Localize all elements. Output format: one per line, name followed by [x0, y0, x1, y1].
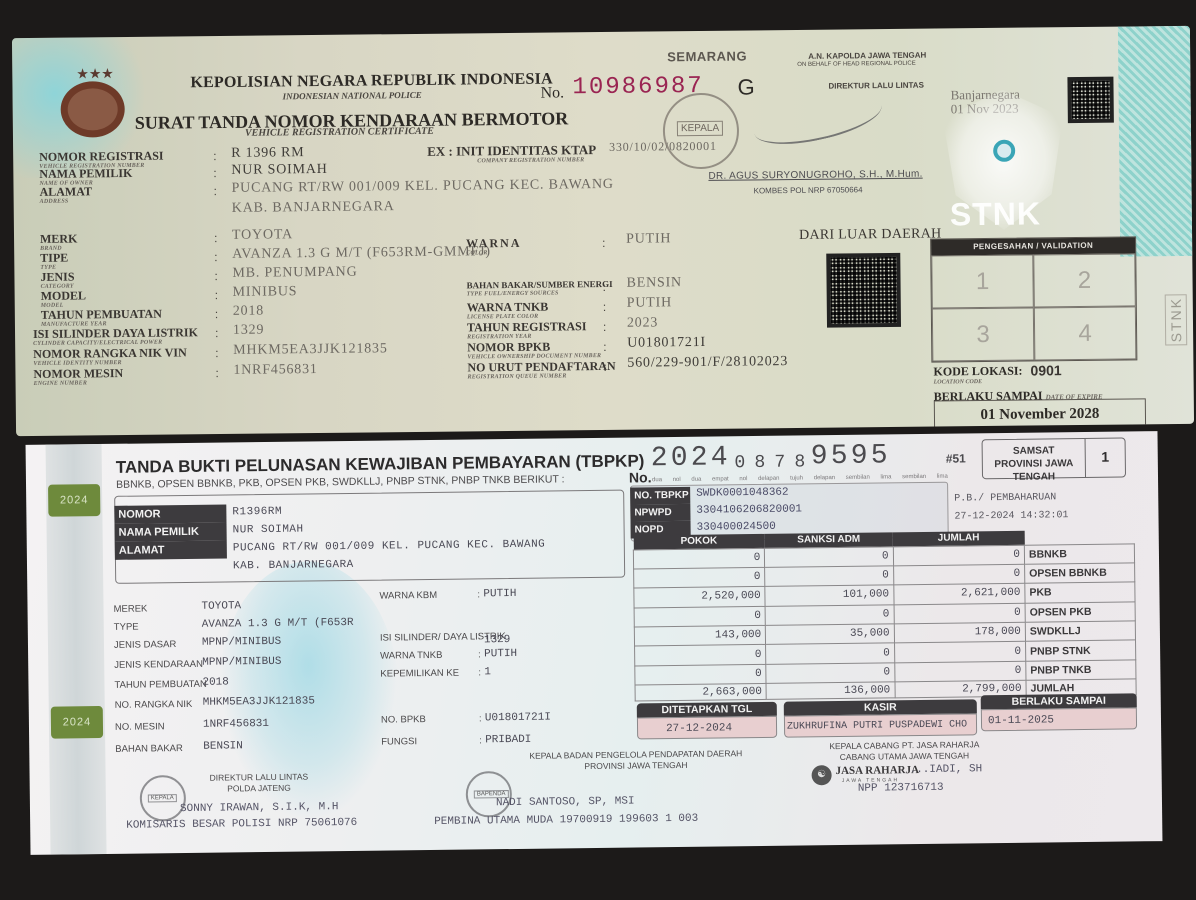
institution-title: KEPOLISIAN NEGARA REPUBLIK INDONESIA: [190, 71, 553, 93]
vehicle-value: U01801721I: [485, 712, 551, 725]
stnk-field-label: NOMOR MESINENGINE NUMBER: [33, 367, 123, 387]
stnk-card: ★ ★ ★ KEPOLISIAN NEGARA REPUBLIK INDONES…: [12, 26, 1194, 436]
vehicle-value: TOYOTA: [201, 600, 241, 612]
vehicle-label: FUNGSI: [381, 736, 417, 747]
fee-sanksi: 0: [765, 566, 894, 587]
identity-value: R1396RM: [232, 506, 282, 519]
field-separator: :: [213, 184, 216, 198]
fee-pokok: 0: [635, 664, 767, 685]
jasa-raharja-logo-icon: ☯: [812, 765, 832, 785]
fee-sanksi: 35,000: [766, 624, 895, 645]
ex-label: EX : INIT IDENTITAS KTAP COMPANY REGISTR…: [427, 143, 596, 165]
fee-pokok: 0: [633, 548, 765, 569]
stnk-field-value: AVANZA 1.3 G M/T (F653RM-GMMFJ): [232, 244, 491, 263]
position-label: DIREKTUR LALU LINTAS: [828, 81, 923, 91]
reference-value: 330400024500: [697, 521, 776, 534]
field-separator: :: [214, 231, 217, 245]
field-separator: :: [602, 236, 605, 250]
identity-value: KAB. BANJARNEGARA: [233, 559, 354, 572]
field-separator: :: [603, 360, 606, 374]
fee-name: OPSEN BBNKB: [1025, 563, 1135, 584]
transaction-type: P.B./ PEMBAHARUAN: [954, 492, 1056, 504]
vehicle-label: NO. RANGKA NIK: [115, 699, 193, 711]
stnk-field-label: NOMOR RANGKA NIK VINVEHICLE IDENTITY NUM…: [33, 346, 187, 367]
field-separator: :: [478, 631, 481, 642]
fee-header-sanksi: SANKSI ADM: [764, 532, 893, 548]
fee-sanksi: 101,000: [765, 585, 894, 606]
stnk-field-value: U01801721I: [627, 335, 706, 352]
vehicle-label: TYPE: [114, 622, 139, 633]
stnk-field-value: 1NRF456831: [233, 362, 317, 379]
document-title-en: VEHICLE REGISTRATION CERTIFICATE: [245, 126, 434, 139]
fee-pokok: 0: [635, 645, 767, 666]
serial-number: 10986987: [572, 73, 703, 101]
fee-sanksi: 136,000: [766, 682, 895, 700]
cashier-value: ZUKHRUFINA PUTRI PUSPADEWI CHO: [784, 713, 977, 737]
stnk-field-value: 560/229-901/F/28102023: [627, 354, 788, 372]
valid-until-value: 01-11-2025: [981, 707, 1137, 731]
identity-label: NOMOR REGISTRASI: [114, 504, 226, 523]
stnk-field-label: ISI SILINDER DAYA LISTRIKCYLINDER CAPACI…: [33, 326, 198, 347]
samsat-box: SAMSAT PROVINSI JAWA TENGAH 1: [982, 437, 1126, 479]
ex-value: 330/10/02/0820001: [609, 139, 717, 155]
fee-name: PNBP TNKB: [1026, 660, 1136, 681]
signer-name: DR. AGUS SURYONUGROHO, S.H., M.Hum.: [708, 169, 922, 182]
samsat-number: 1: [1085, 439, 1125, 477]
reference-value: SWDK0001048362: [696, 487, 789, 500]
official-stamp-icon: KEPALA: [663, 93, 740, 170]
bapenda-seal-icon: BAPENDA: [466, 771, 513, 818]
vehicle-label: NO. MESIN: [115, 721, 165, 733]
stnk-field-value: MINIBUS: [233, 284, 298, 301]
fee-pokok: 143,000: [634, 625, 766, 646]
tbpkp-receipt: 2024 2024 TANDA BUKTI PELUNASAN KEWAJIBA…: [26, 431, 1163, 855]
stnk-field-value: PUTIH: [626, 231, 671, 247]
field-separator: :: [603, 280, 606, 294]
stnk-field-value: 2018: [233, 304, 264, 320]
reference-label: NO. TBPKP: [630, 487, 690, 505]
vehicle-label: TAHUN PEMBUATAN: [114, 679, 207, 691]
stnk-field-value: PUCANG RT/RW 001/009 KEL. PUCANG KEC. BA…: [231, 177, 613, 197]
serial-suffix: G: [737, 74, 754, 100]
signature-name-police: SONNY IRAWAN, S.I.K, M.H: [180, 801, 339, 815]
field-separator: :: [214, 250, 217, 264]
hologram-dot-icon: [993, 140, 1015, 162]
field-separator: :: [213, 149, 216, 163]
fee-pokok: 0: [634, 606, 766, 627]
field-separator: :: [215, 346, 218, 360]
vehicle-value: 1329: [484, 634, 511, 646]
vehicle-value: AVANZA 1.3 G M/T (F653R: [202, 617, 354, 631]
stnk-field-value: PUTIH: [627, 295, 672, 311]
vehicle-value: PRIBADI: [485, 734, 531, 747]
assessment-date-box: DITETAPKAN TGL 27-12-2024: [637, 702, 777, 740]
receipt-number-label: No.: [629, 469, 652, 485]
validation-box: PENGESAHAN / VALIDATION 1 2 3 4: [930, 236, 1137, 362]
vehicle-label: WARNA KBM: [379, 590, 437, 602]
fee-table: POKOK SANKSI ADM JUMLAH 000BBNKB000OPSEN…: [633, 529, 1137, 701]
signature-name-bapenda: NADI SANTOSO, SP, MSI: [496, 796, 635, 810]
stnk-field-value: MHKM5EA3JJK121835: [233, 341, 388, 359]
qr-code-icon: [826, 253, 901, 328]
signature-id-bapenda: PEMBINA UTAMA MUDA 19700919 199603 1 003: [434, 813, 698, 828]
institution-title-en: INDONESIAN NATIONAL POLICE: [283, 90, 422, 101]
origin-note: DARI LUAR DAERAH: [799, 226, 942, 243]
stnk-field-label: NO URUT PENDAFTARANREGISTRATION QUEUE NU…: [467, 360, 615, 381]
fee-jumlah: 178,000: [894, 622, 1026, 643]
vehicle-label: NO. BPKB: [381, 714, 426, 726]
stnk-field-value: KAB. BANJARNEGARA: [232, 199, 395, 217]
stnk-field-label: WARNACOLOR: [466, 237, 522, 257]
signature-title-bapenda: KEPALA BADAN PENGELOLA PENDAPATAN DAERAH…: [529, 748, 742, 773]
vehicle-value: 2018: [202, 676, 229, 688]
reference-value: 3304106206820001: [696, 503, 802, 516]
identity-label: NAMA PEMILIK: [115, 522, 227, 541]
field-separator: :: [215, 366, 218, 380]
field-separator: :: [479, 735, 482, 746]
field-separator: :: [479, 713, 482, 724]
vehicle-value: PUTIH: [483, 588, 516, 600]
jasa-raharja-name: JASA RAHARJA: [836, 764, 920, 777]
vehicle-label: JENIS DASAR: [114, 639, 176, 651]
signature-title-police: DIREKTUR LALU LINTAS POLDA JATENG: [210, 772, 309, 795]
vehicle-label: JENIS KENDARAAN: [114, 659, 203, 671]
signature-title-jasaraharja: KEPALA CABANG PT. JASA RAHARJA CABANG UT…: [829, 739, 979, 763]
fee-jumlah: 0: [894, 603, 1026, 624]
cashier-box: KASIR ZUKHRUFINA PUTRI PUSPADEWI CHO: [784, 699, 977, 737]
field-separator: :: [478, 667, 481, 678]
stnk-field-label: WARNA TNKBLICENSE PLATE COLOR: [467, 301, 549, 321]
stnk-field-label: MERKBRAND: [40, 233, 78, 252]
stnk-field-label: NOMOR BPKBVEHICLE OWNERSHIP DOCUMENT NUM…: [467, 340, 601, 360]
fee-sanksi: 0: [765, 605, 894, 626]
fee-jumlah: 0: [894, 642, 1026, 663]
field-separator: :: [214, 269, 217, 283]
stnk-field-value: BENSIN: [626, 275, 682, 292]
vehicle-label: MEREK: [113, 603, 147, 614]
stnk-field-label: BAHAN BAKAR/SUMBER ENERGITYPE FUEL/ENERG…: [467, 280, 613, 298]
field-separator: :: [477, 589, 480, 600]
fee-jumlah: 0: [893, 545, 1025, 566]
vehicle-value: PUTIH: [484, 648, 517, 660]
fee-jumlah: 2,621,000: [893, 584, 1025, 605]
vehicle-label: BAHAN BAKAR: [115, 743, 183, 755]
serial-label: No.: [540, 84, 564, 102]
stnk-watermark: STNK: [950, 195, 1041, 233]
vehicle-label: KEPEMILIKAN KE: [380, 668, 459, 680]
fee-name: BBNKB: [1024, 543, 1134, 564]
signature-id-police: KOMISARIS BESAR POLISI NRP 75061076: [126, 817, 357, 832]
side-stnk-text: STNK: [1165, 294, 1188, 346]
field-separator: :: [215, 288, 218, 302]
identity-value: NUR SOIMAH: [233, 524, 304, 537]
year-tag: 2024: [48, 484, 100, 517]
validation-cell-2: 2: [1033, 253, 1136, 307]
signature-name-jasaraharja: ...IADI, SH: [910, 763, 983, 776]
stnk-field-label: ALAMATADDRESS: [39, 185, 92, 205]
location-code-label: KODE LOKASI: LOCATION CODE: [933, 364, 1022, 386]
vehicle-value: MPNP/MINIBUS: [202, 636, 281, 649]
fee-jumlah: 0: [894, 661, 1026, 682]
fee-sanksi: 0: [766, 663, 895, 684]
on-behalf-label-en: ON BEHALF OF HEAD REGIONAL POLICE: [797, 61, 916, 68]
fee-name: PNBP STNK: [1026, 640, 1136, 661]
security-stripe: [1118, 26, 1192, 257]
receipt-title: TANDA BUKTI PELUNASAN KEWAJIBAN PEMBAYAR…: [116, 451, 645, 477]
stnk-field-value: MB. PENUMPANG: [232, 265, 357, 282]
field-separator: :: [603, 300, 606, 314]
transaction-datetime: 27-12-2024 14:32:01: [954, 510, 1068, 522]
fee-sanksi: 0: [766, 643, 895, 664]
vehicle-value: BENSIN: [203, 740, 243, 752]
validation-cell-4: 4: [1034, 306, 1137, 360]
field-separator: :: [603, 340, 606, 354]
vehicle-value: MHKM5EA3JJK121835: [203, 695, 315, 708]
on-behalf-label: A.N. KAPOLDA JAWA TENGAH: [808, 51, 926, 61]
receipt-number: 2 0 2 4 0 8 7 8 9 5 9 5: [651, 442, 889, 473]
fee-name: SWDKLLJ: [1025, 621, 1135, 642]
stnk-field-value: TOYOTA: [232, 227, 293, 244]
location-code-value: 0901: [1030, 362, 1061, 378]
samsat-label: SAMSAT PROVINSI JAWA TENGAH: [989, 444, 1079, 484]
stnk-field-value: 1329: [233, 323, 264, 339]
reference-label: NPWPD: [630, 504, 690, 522]
field-separator: :: [215, 326, 218, 340]
fee-name: OPSEN PKB: [1025, 602, 1135, 623]
fee-pokok: 2,520,000: [634, 587, 766, 608]
assessment-date-value: 27-12-2024: [637, 716, 777, 740]
identity-label: ALAMAT: [115, 540, 227, 559]
fee-pokok: 0: [634, 567, 766, 588]
field-separator: :: [478, 649, 481, 660]
vehicle-value: 1: [484, 666, 491, 678]
stnk-field-value: 2023: [627, 315, 658, 331]
validation-cell-1: 1: [931, 254, 1034, 308]
qr-code-icon: [1067, 77, 1113, 123]
field-separator: :: [213, 166, 216, 180]
signature-id-jasaraharja: NPP 123716713: [858, 782, 944, 795]
vehicle-value: 1NRF456831: [203, 718, 269, 731]
signer-rank: KOMBES POL NRP 67050664: [754, 185, 863, 195]
field-separator: :: [603, 320, 606, 334]
police-emblem-icon: ★ ★ ★: [56, 65, 129, 146]
stnk-field-label: JENISCATEGORY: [40, 271, 74, 290]
valid-until-box: BERLAKU SAMPAI 01-11-2025: [981, 693, 1137, 731]
stnk-field-label: MODELMODEL: [41, 289, 87, 308]
validation-cell-3: 3: [932, 307, 1035, 361]
fee-sanksi: 0: [765, 546, 894, 567]
expiry-date: 01 November 2028: [934, 398, 1146, 436]
year-tag: 2024: [51, 706, 103, 739]
vehicle-value: MPNP/MINIBUS: [202, 656, 281, 669]
vehicle-label: WARNA TNKB: [380, 650, 442, 662]
stnk-field-value: R 1396 RM: [231, 145, 304, 162]
stnk-field-label: TAHUN REGISTRASIREGISTRATION YEAR: [467, 320, 587, 340]
field-separator: :: [215, 307, 218, 321]
stnk-field-value: NUR SOIMAH: [231, 162, 327, 179]
issuing-city: SEMARANG: [667, 48, 747, 64]
fee-pokok: 2,663,000: [635, 684, 766, 702]
stnk-field-label: TIPETYPE: [40, 252, 68, 271]
receipt-number-suffix: #51: [946, 451, 966, 465]
fee-name: PKB: [1025, 582, 1135, 603]
fee-jumlah: 0: [893, 564, 1025, 585]
signature-icon: [750, 86, 886, 153]
